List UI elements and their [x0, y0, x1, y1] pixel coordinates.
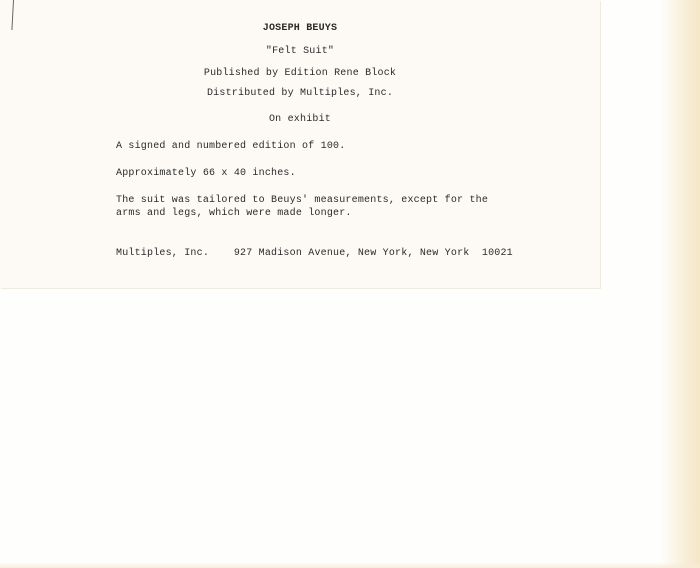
- footer-company: Multiples, Inc.: [116, 248, 209, 259]
- publisher-line: Published by Edition Rene Block: [0, 68, 600, 80]
- exhibit-status: On exhibit: [0, 114, 600, 126]
- bottom-edge-shade: [0, 562, 700, 568]
- dimensions-info: Approximately 66 x 40 inches.: [116, 168, 296, 180]
- footer-spacer: [209, 248, 234, 259]
- distributor-line: Distributed by Multiples, Inc.: [0, 88, 600, 100]
- description-line-2: arms and legs, which were made longer.: [116, 208, 352, 220]
- footer-address: Multiples, Inc. 927 Madison Avenue, New …: [116, 248, 513, 260]
- artist-name: JOSEPH BEUYS: [0, 23, 600, 35]
- artwork-title: "Felt Suit": [0, 46, 600, 58]
- footer-street-address: 927 Madison Avenue, New York, New York 1…: [234, 248, 513, 259]
- edition-info: A signed and numbered edition of 100.: [116, 141, 345, 153]
- description-line-1: The suit was tailored to Beuys' measurem…: [116, 195, 488, 207]
- typed-label-slip: JOSEPH BEUYS "Felt Suit" Published by Ed…: [0, 0, 600, 288]
